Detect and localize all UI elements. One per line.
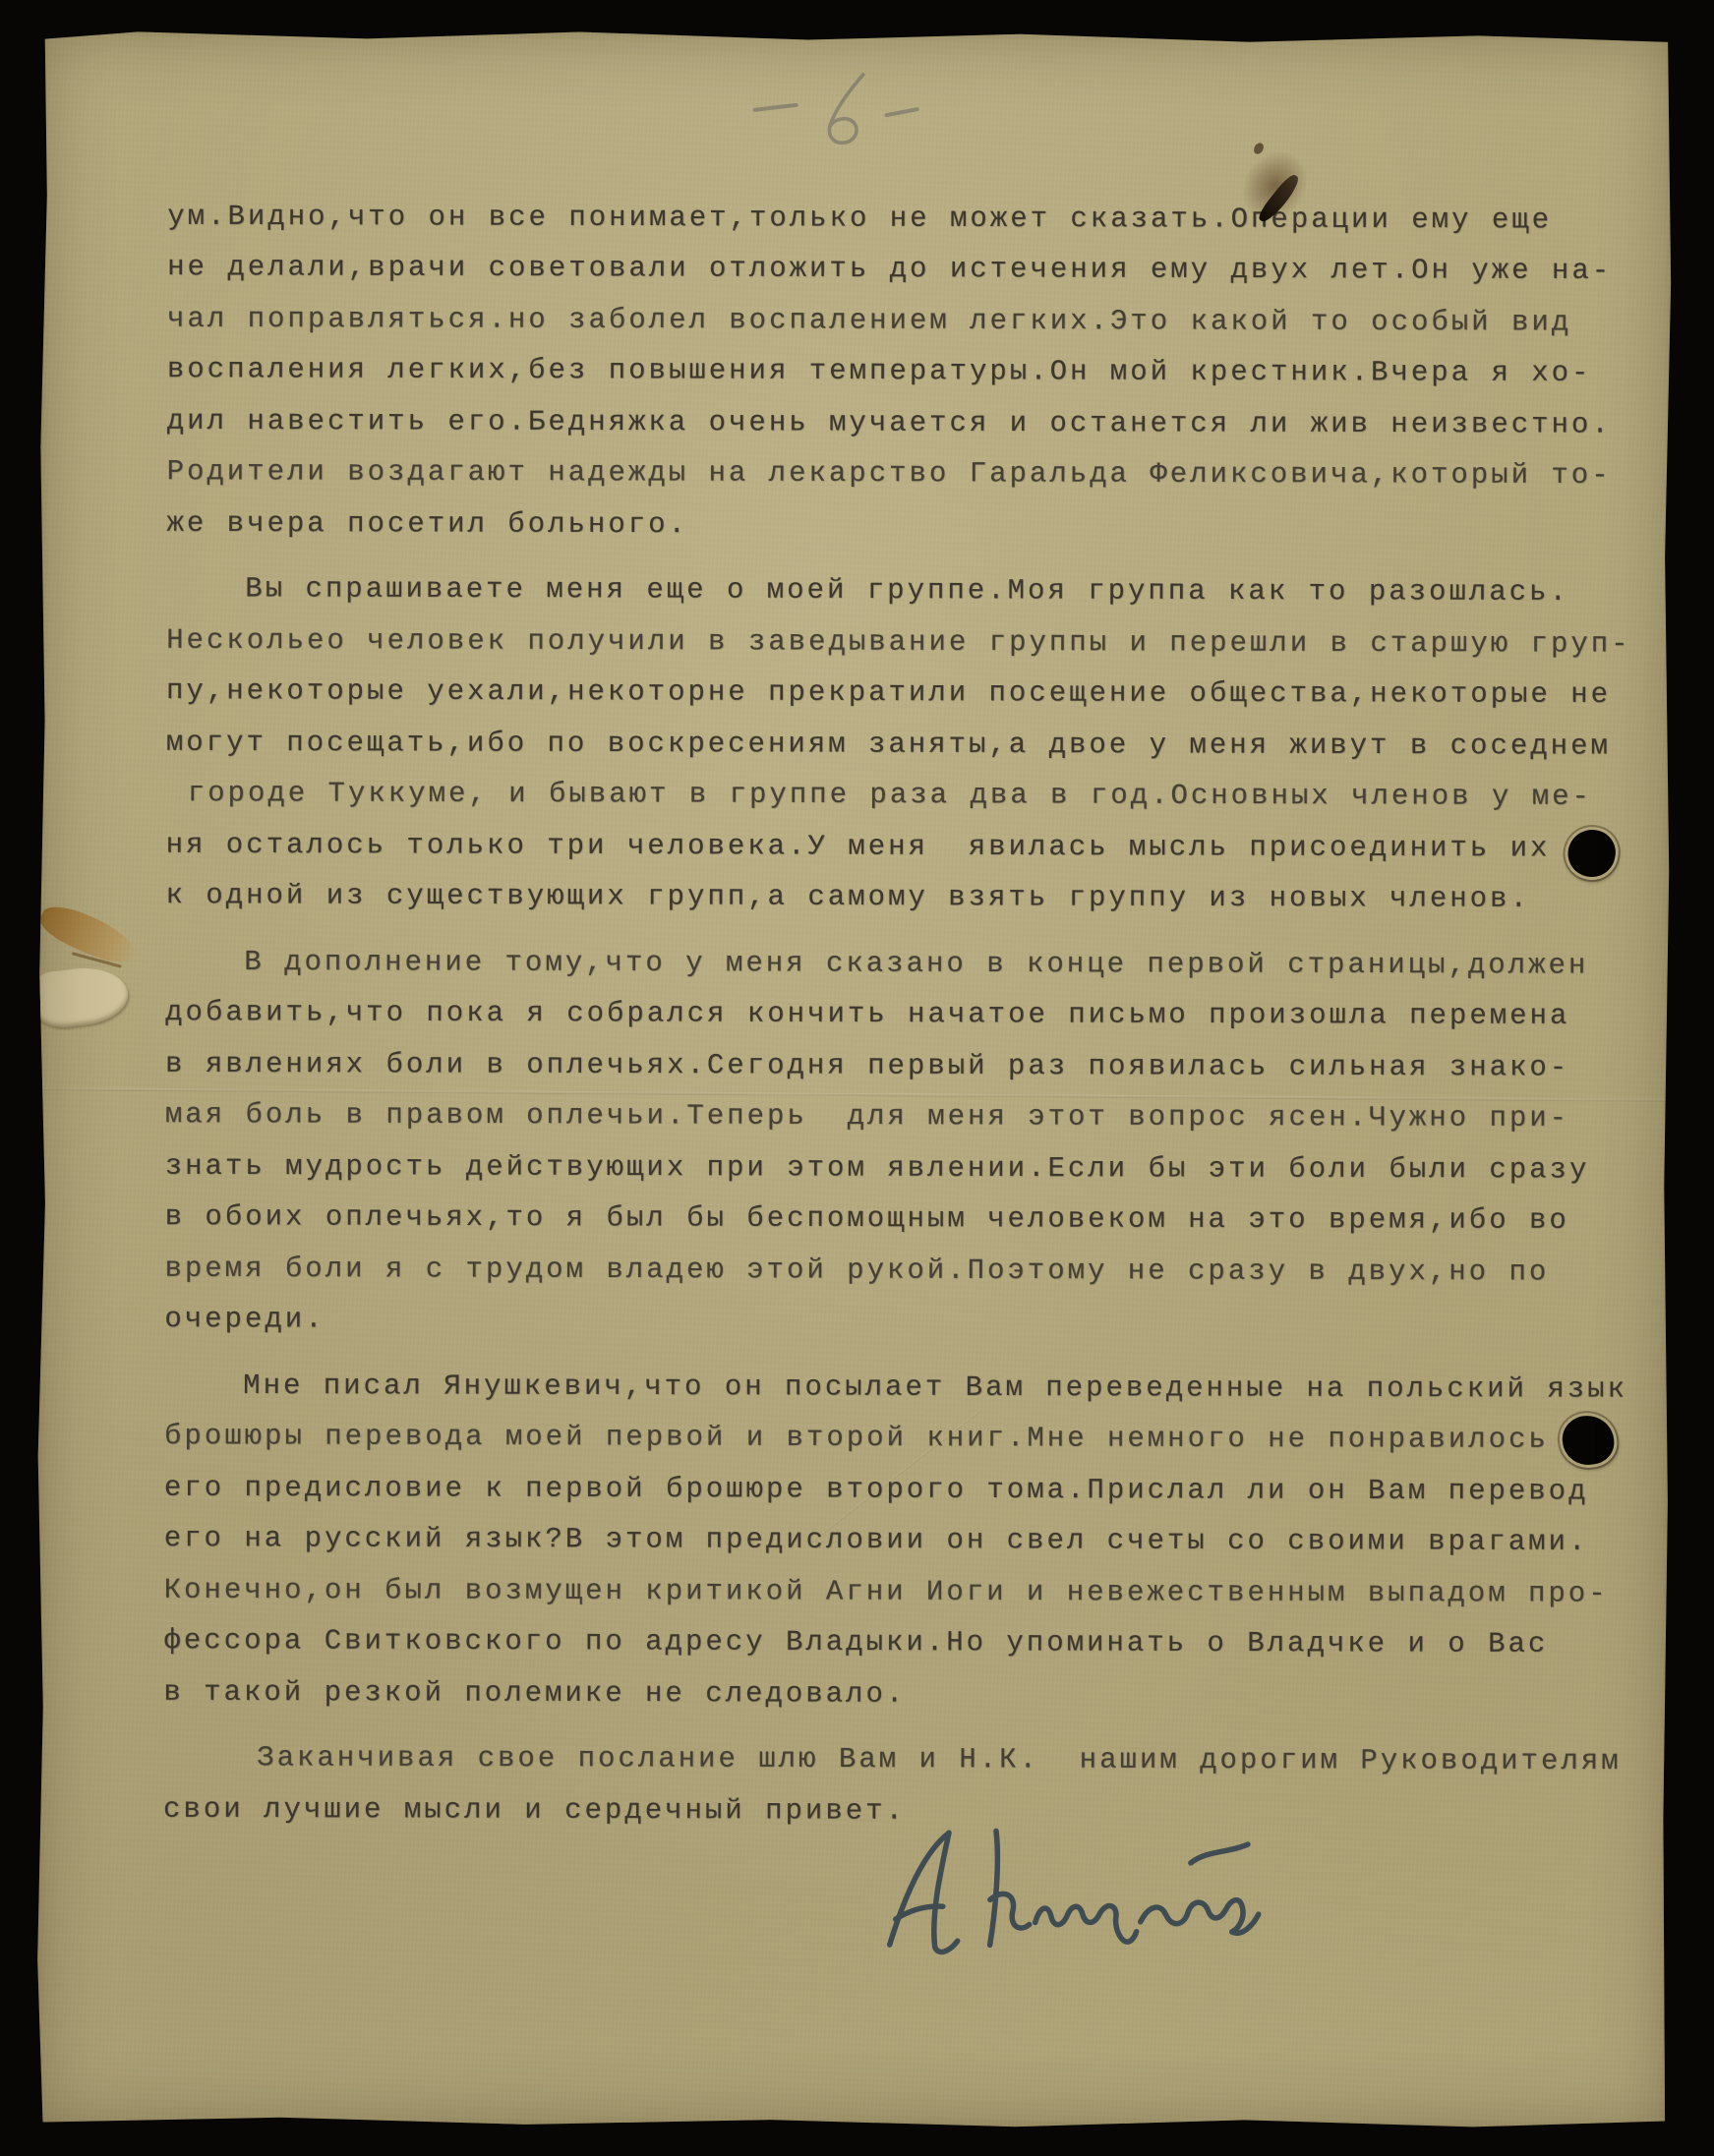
text-line: очереди. [164, 1294, 1649, 1349]
signature-tail [1141, 1899, 1259, 1933]
text-line: к одной из существующих групп,а самому в… [165, 870, 1650, 925]
tear-flap [30, 962, 131, 1030]
edge-tear [31, 907, 159, 1045]
text-line: пу,некоторые уехали,некоторне прекратили… [166, 666, 1651, 721]
signature-flourish [1191, 1844, 1248, 1863]
text-line: В дополнение тому,что у меня сказано в к… [165, 937, 1650, 992]
signature-k-stem [990, 1831, 998, 1945]
text-line: его предисловие к первой брошюре второго… [164, 1463, 1649, 1518]
text-line: добавить,что пока я собрался кончить нач… [165, 987, 1650, 1042]
text-line: время боли я с трудом владею этой рукой.… [164, 1244, 1649, 1299]
signature-middle [1035, 1905, 1137, 1942]
pencil-dash-left [755, 105, 797, 110]
text-line: Заканчивая свое послание шлю Вам и Н.К. … [163, 1732, 1648, 1787]
hole-punch [1560, 1413, 1617, 1469]
signature [866, 1805, 1270, 1983]
text-line: Нескольео человек получили в заведывание… [166, 615, 1651, 670]
text-line: Мне писал Янушкевич,что он посылает Вам … [164, 1361, 1649, 1416]
text-line: чал поправляться.но заболел воспалением … [167, 294, 1652, 349]
pencil-digit-six [829, 75, 862, 143]
letter-page: ум.Видно,что он все понимает,только не м… [34, 28, 1675, 2131]
text-line: мая боль в правом оплечьи.Теперь для мен… [165, 1089, 1650, 1144]
ink-smudge-halo [1210, 120, 1339, 253]
text-line: в явлениях боли в оплечьях.Сегодня первы… [165, 1039, 1650, 1094]
tear-stain [35, 898, 144, 971]
text-line: не делали,врачи советовали отложить до и… [167, 242, 1652, 297]
text-line: городе Туккуме, и бывают в группе раза д… [188, 768, 1651, 823]
text-line: Родители воздагают надежды на лекарство … [167, 446, 1652, 501]
text-line: его на русский язык?В этом предисловии о… [164, 1513, 1649, 1568]
text-line: ня осталось только три человека.У меня я… [166, 820, 1651, 875]
letter-text: ум.Видно,что он все понимает,только не м… [163, 191, 1652, 1838]
text-line: в такой резкой полемике не следовало. [163, 1667, 1648, 1722]
text-line: Вы спрашиваете меня еще о моей группе.Мо… [166, 563, 1651, 618]
text-line: воспаления легких,без повышения температ… [167, 344, 1652, 399]
text-line: дил навестить его.Бедняжка очень мучаетс… [167, 396, 1652, 451]
signature-initial-a [890, 1833, 958, 1952]
ink-smudge [1224, 125, 1332, 253]
text-line: же вчера посетил больного. [166, 498, 1651, 554]
text-line: ум.Видно,что он все понимает,только не м… [167, 192, 1652, 247]
text-line: могут посещать,ибо по воскресениям занят… [166, 718, 1651, 773]
text-line: Конечно,он был возмущен критикой Агни Ио… [164, 1565, 1649, 1620]
text-line: фессора Свитковского по адресу Владыки.Н… [163, 1615, 1648, 1670]
text-line: знать мудрость действующих при этом явле… [165, 1141, 1650, 1196]
text-line: в обоих оплечьях,то я был бы беспомощным… [165, 1192, 1650, 1247]
text-line: брошюры перевода моей первой и второй кн… [164, 1411, 1649, 1466]
pencil-dash-right [887, 109, 917, 115]
page-number-handwritten [744, 69, 926, 153]
